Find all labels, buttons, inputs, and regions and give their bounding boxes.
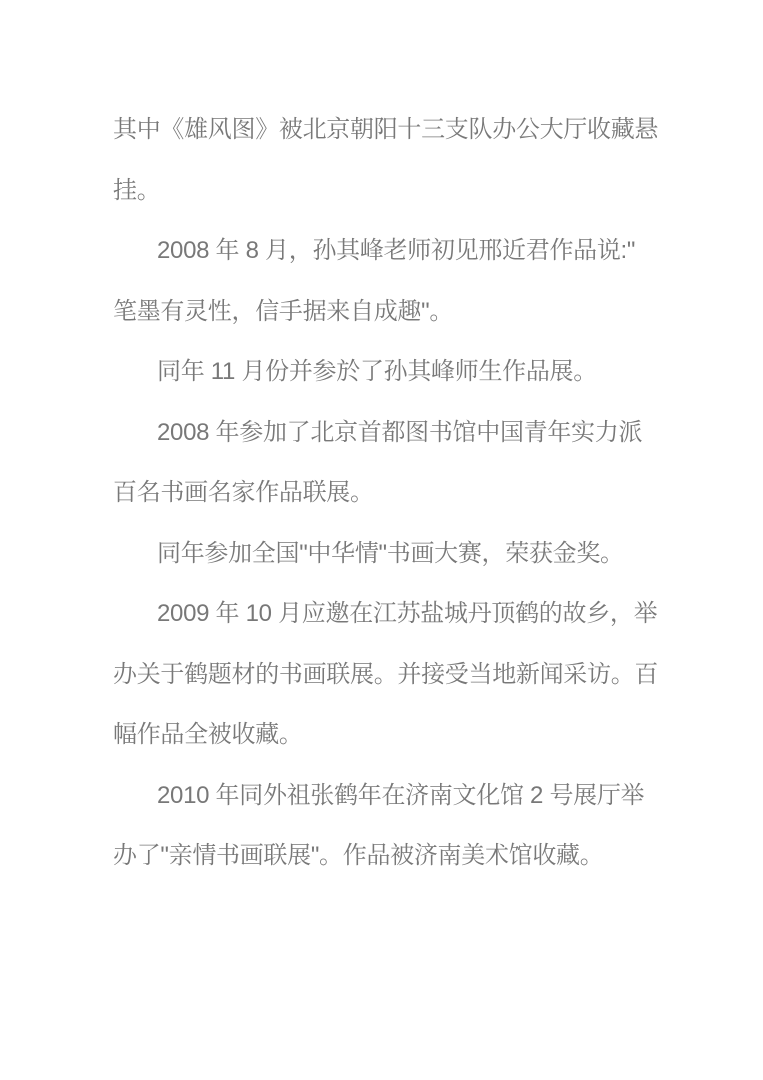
text-line: 笔墨有灵性，信手据来自成趣"。 — [113, 282, 673, 343]
text-line: 办了"亲情书画联展"。作品被济南美术馆收藏。 — [113, 826, 673, 887]
text-line: 2009 年 10 月应邀在江苏盐城丹顶鹤的故乡，举 — [113, 584, 673, 645]
text-line: 其中《雄风图》被北京朝阳十三支队办公大厅收藏悬 — [113, 100, 673, 161]
text-line: 挂。 — [113, 161, 673, 222]
text-line: 百名书画名家作品联展。 — [113, 463, 673, 524]
text-block: 其中《雄风图》被北京朝阳十三支队办公大厅收藏悬 挂。 2008 年 8 月，孙其… — [113, 100, 673, 887]
text-line: 2010 年同外祖张鹤年在济南文化馆 2 号展厅举 — [113, 766, 673, 827]
text-line: 办关于鹤题材的书画联展。并接受当地新闻采访。百 — [113, 645, 673, 706]
document-page: 其中《雄风图》被北京朝阳十三支队办公大厅收藏悬 挂。 2008 年 8 月，孙其… — [0, 0, 763, 1080]
text-line: 幅作品全被收藏。 — [113, 705, 673, 766]
text-line: 同年 11 月份并参於了孙其峰师生作品展。 — [113, 342, 673, 403]
text-line: 2008 年参加了北京首都图书馆中国青年实力派 — [113, 403, 673, 464]
text-line: 2008 年 8 月，孙其峰老师初见邢近君作品说:" — [113, 221, 673, 282]
text-line: 同年参加全国"中华情"书画大赛，荣获金奖。 — [113, 524, 673, 585]
